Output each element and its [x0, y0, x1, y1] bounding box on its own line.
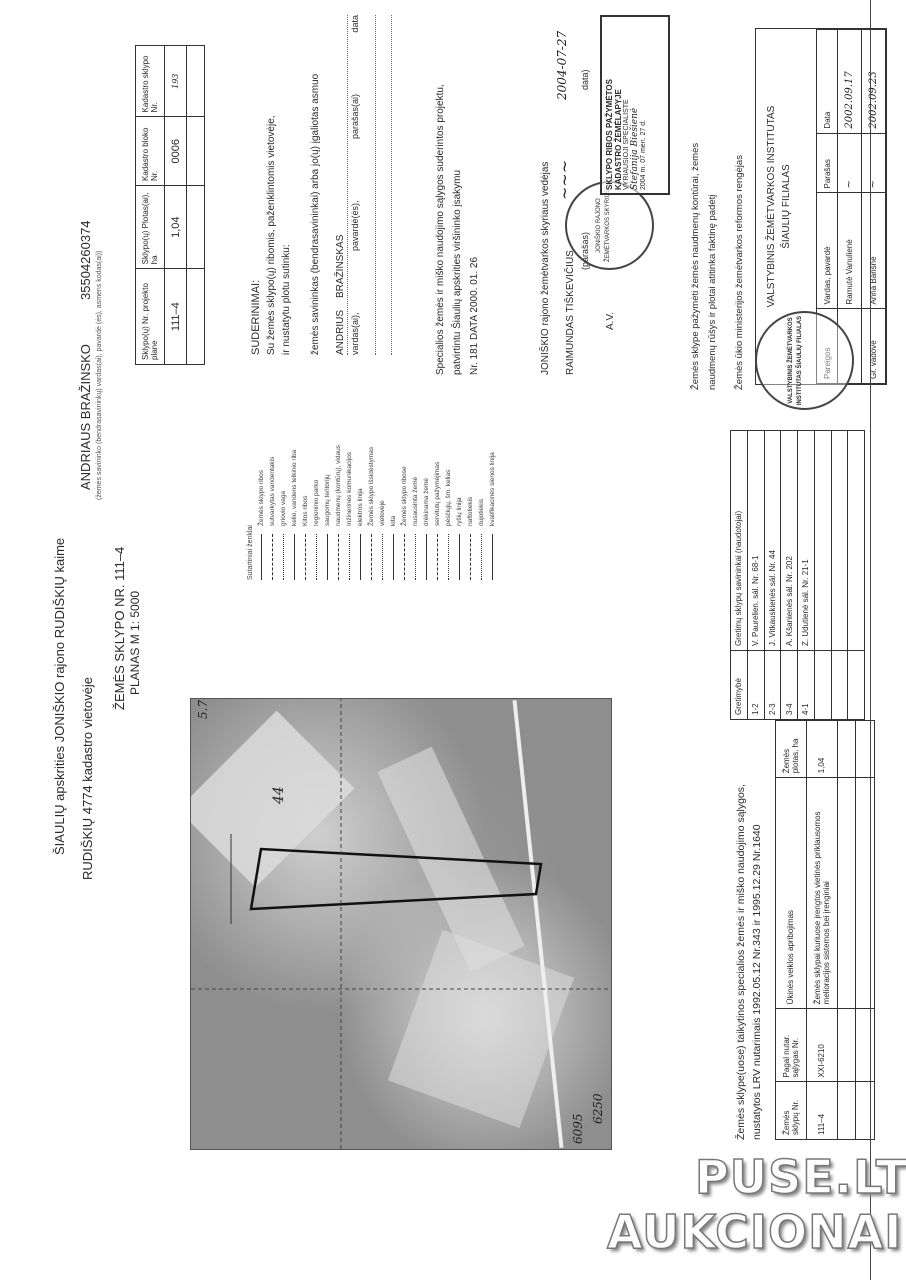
- map-label-neighbor: 44: [271, 786, 287, 804]
- legend-symbol-icon: [316, 534, 317, 580]
- map-grid-label: 5.7: [196, 700, 210, 719]
- legend-label: saugomų teritorijų: [324, 474, 331, 526]
- department-head-name: RAIMUNDAS TIŠKEVIČIUS: [565, 250, 576, 375]
- institute-cell: 2002.09.23: [862, 30, 886, 134]
- legend-title: Sutartiniai ženklai: [245, 380, 256, 580]
- institute-col: Parašas: [817, 133, 838, 193]
- neighbors-cell: 3-4: [781, 651, 798, 720]
- note-line: Nr. 181 DATA 2000. 01. 26: [469, 15, 480, 375]
- conditions-cell: [856, 721, 875, 778]
- legend: Sutartiniai ženklai Žemės sklypo ribossu…: [245, 380, 498, 580]
- stamp-text: VALSTYBINIS ŽEMĖTVARKOS INSTITUTAS ŠIAUL…: [757, 313, 805, 408]
- caption-date: data: [350, 15, 360, 33]
- conditions-cell: [856, 1009, 875, 1082]
- legend-item: kelio, vandens telkinio riba: [289, 380, 300, 580]
- conditions-cell: [856, 778, 875, 1009]
- legend-item: ryšių linija: [454, 380, 465, 580]
- legend-item: Žemės sklypo ribose: [399, 380, 410, 580]
- legend-item: pėsčiųjų, šm. kelias: [443, 380, 454, 580]
- approvals-section: SUDERINIMAI: Su žemės sklypo(ų) ribomis,…: [250, 15, 392, 355]
- table-row: [856, 721, 875, 1140]
- legend-symbol-icon: [448, 534, 449, 580]
- legend-symbol-icon: [327, 534, 328, 580]
- conditions-header: Pagal nutar. sąlygas Nr.: [776, 1009, 807, 1082]
- legend-label: servitutų pažymėjimas: [434, 462, 441, 526]
- legend-label: naftotiekis: [467, 497, 474, 526]
- plot-area: 1,04: [165, 185, 187, 268]
- legend-label: kvalifikacinės sienos linija: [489, 452, 496, 526]
- table-row: [831, 431, 848, 720]
- caption-surname: pavardė(ės),: [350, 201, 360, 252]
- legend-label: drėkinama žemė: [423, 478, 430, 526]
- cadastral-plot: 193: [165, 46, 187, 117]
- conditions-cell: [837, 778, 856, 1009]
- neighbors-cell: 1-2: [747, 651, 764, 720]
- header-location: ŠIAULIŲ apskrities JONIŠKIO rajono RUDIŠ…: [52, 538, 67, 855]
- legend-symbol-icon: [404, 534, 405, 580]
- neighbors-cell: V. Paurelien. sál. Nr. 68-1: [747, 431, 764, 651]
- confirmation-line: Žemės sklype pažymėti žemės naudmenų kon…: [690, 10, 701, 390]
- conditions-cell: Žemės sklypai kuriuose įrengtos vietinės…: [806, 778, 837, 1009]
- neighbors-cell: [848, 651, 865, 720]
- legend-symbol-icon: [492, 534, 493, 580]
- neighbors-cell: [814, 651, 831, 720]
- conditions-intro-line: nustatytos LRV nutarimais 1992.05.12 Nr.…: [751, 784, 763, 1140]
- owner-first-name: ANDRIUS: [335, 310, 346, 355]
- conditions-cell: [856, 1082, 875, 1140]
- institute-signature: ~: [838, 133, 862, 193]
- conditions-cell: [837, 1082, 856, 1140]
- institute-cell: 2002.09.17: [838, 30, 862, 134]
- legend-label: nusausinta žemė: [412, 477, 419, 526]
- table-row: 2-3J. Vitkauskienės sál. Nr. 44: [764, 431, 781, 720]
- bottom-rule: [870, 0, 871, 1280]
- legend-symbol-icon: [426, 534, 427, 580]
- caption-signature: parašas(ai): [350, 94, 360, 139]
- legend-symbol-icon: [371, 534, 372, 580]
- legend-item: sutvarkytas vandentakis: [267, 380, 278, 580]
- conditions-intro-line: Žemės sklype(uose) taikytinos specialios…: [735, 784, 747, 1140]
- legend-symbol-icon: [294, 534, 295, 580]
- neighbors-header: Gretimybė: [731, 651, 748, 720]
- legend-item: griovio vaga: [278, 380, 289, 580]
- caption-name: vardas(ai),: [350, 312, 360, 355]
- legend-label: Žemės sklypo ribose: [401, 466, 408, 526]
- rotated-document-page: ŠIAULIŲ apskrities JONIŠKIO rajono RUDIŠ…: [0, 0, 906, 1280]
- conditions-cell: 111–4: [806, 1082, 837, 1140]
- av-mark: A.V.: [605, 312, 616, 330]
- handwritten-date: 2004-07-27: [555, 31, 569, 100]
- legend-symbol-icon: [283, 534, 284, 580]
- approvals-title: SUDERINIMAI:: [250, 15, 262, 355]
- legend-symbol-icon: [470, 534, 471, 580]
- stamp-date: 2004 m. 07 mėn. 27 d.: [640, 20, 647, 190]
- neighbors-cell: J. Vitkauskienės sál. Nr. 44: [764, 431, 781, 651]
- legend-item: regioninio parko: [311, 380, 322, 580]
- stamp-line: KADASTRO ŽEMĖLAPYJE: [614, 20, 623, 190]
- header-cadastral-area: RUDIŠKIŲ 4774 kadastro vietovėje: [80, 677, 95, 880]
- legend-item: Inžinerinės komunikacijos: [344, 380, 355, 580]
- owner-role-label: žemės savininkas (bendrasavininkai) arba…: [310, 15, 321, 355]
- plot-table-header: Kadastro bloko Nr.: [136, 117, 165, 186]
- legend-symbol-icon: [360, 534, 361, 580]
- legend-item: Žemės sklypo ribos: [256, 380, 267, 580]
- date-caption: data): [580, 69, 590, 90]
- stamp-line: VYRIAUSIOJI SPECIALISTĖ: [623, 20, 630, 190]
- stamp-line: Stefanija Biešienė: [630, 20, 640, 190]
- map-grid-label: 6250: [591, 1093, 605, 1124]
- legend-symbol-icon: [415, 534, 416, 580]
- institute-cell: Gr. vadovė: [862, 309, 886, 384]
- confirmation-line: naudmenų rūšys ir plotai atitinka faktin…: [707, 10, 718, 390]
- neighbors-header: Gretimų sklypų savininkai (naudotojai): [731, 431, 748, 651]
- legend-label: pėsčiųjų, šm. kelias: [445, 470, 452, 526]
- neighbors-cell: [814, 431, 831, 651]
- legend-symbol-icon: [338, 534, 339, 580]
- institute-col: Vardas, pavardė: [817, 193, 838, 309]
- legend-item: Žemės sklypo išsidėstymas: [366, 380, 377, 580]
- stamp-text: JONIŠKIO RAJONO ŽEMĖTVARKOS SKYRIUS: [567, 183, 613, 268]
- plot-number: 111–4: [165, 269, 187, 365]
- legend-label: ryšių linija: [456, 497, 463, 526]
- conditions-cell: XXI-6210: [806, 1009, 837, 1082]
- legend-label: Žemės sklypo išsidėstymas: [368, 447, 375, 526]
- institute-cell: Ramutė Vanulienė: [838, 193, 862, 309]
- legend-item: kvalifikacinės sienos linija: [487, 380, 498, 580]
- neighbors-cell: Z. Udutienė sál. Nr. 21-1: [798, 431, 815, 651]
- legend-label: elektros linija: [357, 488, 364, 526]
- department-head-label: JONIŠKIO rajono žemėtvarkos skyriaus ved…: [540, 162, 551, 375]
- owner-caption: (žemės savininko (bendrasavininkų) varda…: [96, 251, 103, 500]
- table-row: [848, 431, 865, 720]
- institute-cell: Anna Barisnė: [862, 193, 886, 309]
- neighbors-table: GretimybėGretimų sklypų savininkai (naud…: [730, 430, 865, 720]
- legend-label: Inžinerinės komunikacijos: [346, 452, 353, 526]
- neighbors-cell: [848, 431, 865, 651]
- institute-signature: ~: [862, 133, 886, 193]
- legend-item: servitutų pažymėjimas: [432, 380, 443, 580]
- plot-table-header: Kadastro sklypo Nr.: [136, 46, 165, 117]
- conditions-intro: Žemės sklype(uose) taikytinos specialios…: [735, 784, 763, 1140]
- conditions-cell: [837, 1009, 856, 1082]
- institute-col: Data: [817, 30, 838, 134]
- special-conditions-note: Specialios žemės ir miško naudojimo sąly…: [435, 15, 480, 375]
- legend-symbol-icon: [437, 534, 438, 580]
- legend-label: kita: [390, 516, 397, 526]
- legend-item: saugomų teritorijų: [322, 380, 333, 580]
- table-row: 1-2V. Paurelien. sál. Nr. 68-1: [747, 431, 764, 720]
- legend-symbol-icon: [305, 534, 306, 580]
- approvals-text: ir nustatytu plotu sutinku:: [281, 15, 292, 355]
- conditions-table: Žemės sklypų Nr.Pagal nutar. sąlygas Nr.…: [775, 720, 875, 1140]
- legend-label: regioninio parko: [313, 480, 320, 526]
- owner-name: ANDRIAUS BRAŽINSKO: [78, 344, 93, 490]
- legend-item: drėkinama žemė: [421, 380, 432, 580]
- legend-symbol-icon: [272, 534, 273, 580]
- plan-title: ŽEMĖS SKLYPO NR. 111–4: [112, 547, 127, 710]
- table-row: 3-4A. Kšanienės sál. Nr. 202: [781, 431, 798, 720]
- note-line: Specialios žemės ir miško naudojimo sąly…: [435, 15, 446, 375]
- table-row: 111–4XXI-6210Žemės sklypai kuriuose įren…: [806, 721, 837, 1140]
- aerial-map: 44 6250 6095 5.7: [190, 698, 612, 1150]
- legend-symbol-icon: [459, 534, 460, 580]
- neighbors-cell: 2-3: [764, 651, 781, 720]
- legend-item: nusausinta žemė: [410, 380, 421, 580]
- legend-item: naudmenų (kontūrų), vidaus: [333, 380, 344, 580]
- legend-item: Kitos ribos: [300, 380, 311, 580]
- legend-label: sutvarkytas vandentakis: [269, 457, 276, 526]
- owner-code: 35504260374: [78, 220, 93, 300]
- legend-symbol-icon: [349, 534, 350, 580]
- watermark-line2: AUKCIONAI: [607, 1205, 902, 1259]
- plan-scale: PLANAS M 1: 5000: [128, 591, 142, 695]
- neighbors-cell: [831, 431, 848, 651]
- confirmation-section: Žemės sklype pažymėti žemės naudmenų kon…: [690, 10, 745, 390]
- table-row: [837, 721, 856, 1140]
- legend-item: kita: [388, 380, 399, 580]
- legend-label: dujotiekis: [478, 499, 485, 526]
- plot-table-header: Sklypo(ų) Plotas(ai), ha: [136, 185, 165, 268]
- conditions-cell: 1,04: [806, 721, 837, 778]
- legend-item: vietovėje: [377, 380, 388, 580]
- owner-last-name: BRAŽINSKAS: [335, 235, 346, 298]
- table-row: [814, 431, 831, 720]
- cadastre-stamp: SKLYPO RIBOS PAŽYMĖTOS KADASTRO ŽEMĖLAPY…: [600, 15, 670, 195]
- neighbors-cell: A. Kšanienės sál. Nr. 202: [781, 431, 798, 651]
- neighbors-cell: [831, 651, 848, 720]
- legend-label: kelio, vandens telkinio riba: [291, 450, 298, 526]
- legend-item: dujotiekis: [476, 380, 487, 580]
- map-grid-label: 6095: [571, 1113, 585, 1144]
- signer-label: Žemės ūkio ministerijos žemėtvarkos refo…: [734, 10, 745, 390]
- plot-table-header: Sklypo(ų) Nr. projekto plane: [136, 269, 165, 365]
- conditions-header: Žemės sklypų Nr.: [776, 1082, 807, 1140]
- cadastral-block: 0006: [165, 117, 187, 186]
- approvals-text: Su žemės sklypo(ų) ribomis, paženklintom…: [266, 15, 277, 355]
- note-line: patvirtintu Šiaulių apskrities viršinink…: [452, 15, 463, 375]
- conditions-cell: [837, 721, 856, 778]
- legend-item: elektros linija: [355, 380, 366, 580]
- watermark-line1: PUSE.LT: [695, 1150, 906, 1204]
- conditions-header: Žemės plotas, ha: [776, 721, 807, 778]
- neighbors-cell: 4-1: [798, 651, 815, 720]
- legend-symbol-icon: [393, 534, 394, 580]
- stamp-line: SKLYPO RIBOS PAŽYMĖTOS: [605, 20, 614, 190]
- table-row: 4-1Z. Udutienė sál. Nr. 21-1: [798, 431, 815, 720]
- legend-label: Žemės sklypo ribos: [258, 470, 265, 526]
- plot-table: Sklypo(ų) Nr. projekto plane Sklypo(ų) P…: [135, 45, 205, 365]
- legend-item: naftotiekis: [465, 380, 476, 580]
- legend-label: griovio vaga: [280, 491, 287, 526]
- plot-boundary: [191, 699, 611, 1149]
- legend-label: vietovėje: [379, 500, 386, 526]
- conditions-header: Ūkinės veiklos apribojimas: [776, 778, 807, 1009]
- legend-symbol-icon: [481, 534, 482, 580]
- legend-symbol-icon: [382, 534, 383, 580]
- institute-stamp: VALSTYBINIS ŽEMĖTVARKOS INSTITUTAS ŠIAUL…: [755, 311, 854, 410]
- legend-symbol-icon: [261, 534, 262, 580]
- legend-label: Kitos ribos: [302, 496, 309, 526]
- legend-label: naudmenų (kontūrų), vidaus: [335, 445, 342, 526]
